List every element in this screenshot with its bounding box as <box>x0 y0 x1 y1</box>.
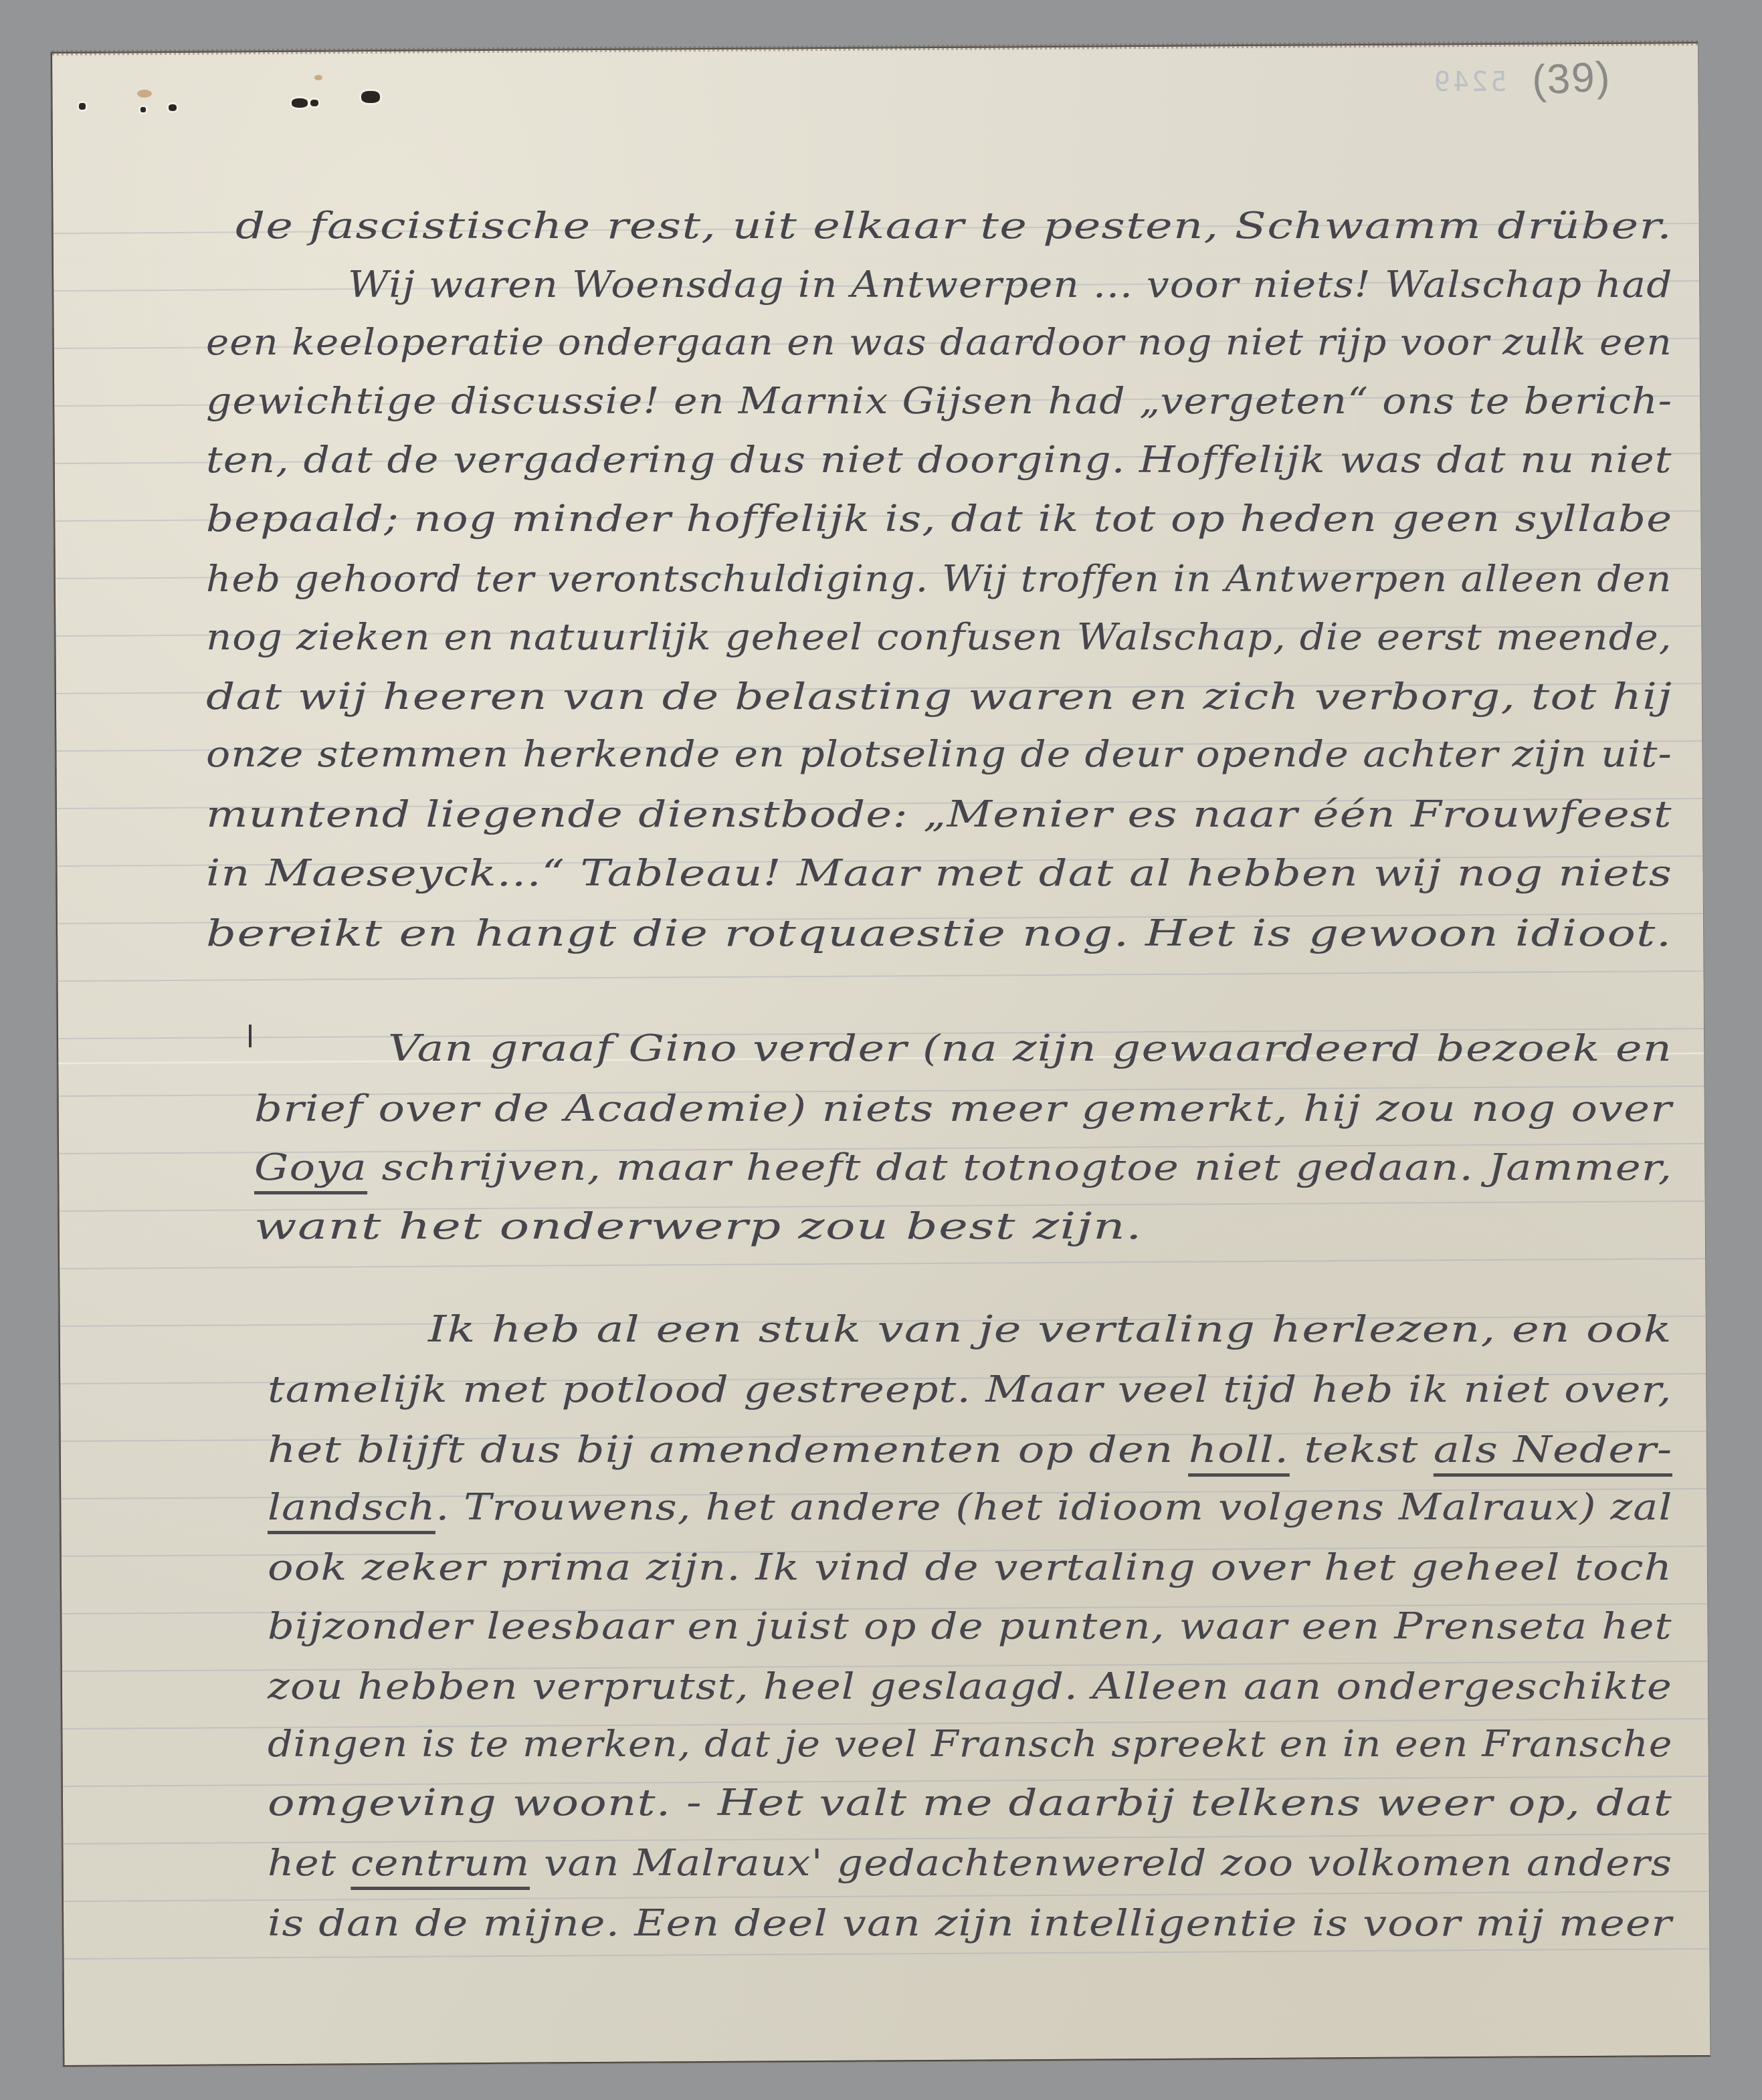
text-line: een keeloperatie ondergaan en was daardo… <box>206 324 1672 360</box>
text-line: brief over de Academie) niets meer gemer… <box>254 1090 1672 1127</box>
paper-hole <box>361 91 380 103</box>
text-line: in Maeseyck...“ Tableau! Maar met dat al… <box>206 855 1672 891</box>
text-line: omgeving woont. - Het valt me daarbij te… <box>268 1784 1672 1821</box>
text-line: heb gehoord ter verontschuldiging. Wij t… <box>206 560 1672 597</box>
text-line: dingen is te merken, dat je veel Fransch… <box>268 1725 1672 1762</box>
paper-hole <box>79 103 86 110</box>
text-line: want het onderwerp zou best zijn. <box>254 1208 1143 1245</box>
text-line: ten, dat de vergadering dus niet doorgin… <box>206 441 1672 478</box>
torn-top-edge <box>52 40 1698 56</box>
text-line: nog zieken en natuurlijk geheel confusen… <box>206 619 1672 655</box>
margin-mark <box>249 1025 252 1047</box>
rust-stain <box>137 90 152 98</box>
text-line: bijzonder leesbaar en juist op de punten… <box>268 1608 1672 1645</box>
text-line: Van graaf Gino verder (na zijn gewaardee… <box>388 1030 1672 1067</box>
ruled-line <box>60 1258 1705 1269</box>
paper-hole <box>292 98 308 108</box>
ruled-line <box>64 1891 1709 1902</box>
paper-hole <box>310 100 318 106</box>
text-line: landsch. Trouwens, het andere (het idioo… <box>268 1489 1673 1526</box>
paper-hole <box>169 104 177 111</box>
text-line: de fascistische rest, uit elkaar te pest… <box>235 207 1672 244</box>
paper-hole <box>140 107 146 112</box>
text-line: tamelijk met potlood gestreept. Maar vee… <box>268 1371 1672 1408</box>
text-line: Ik heb al een stuk van je vertaling herl… <box>428 1311 1672 1348</box>
text-line: Wij waren Woensdag in Antwerpen ... voor… <box>348 266 1672 303</box>
text-line: bepaald; nog minder hoffelijk is, dat ik… <box>206 500 1672 537</box>
text-line: ook zeker prima zijn. Ik vind de vertali… <box>268 1549 1672 1586</box>
text-line: dat wij heeren van de belasting waren en… <box>206 678 1672 715</box>
rust-stain <box>314 75 322 80</box>
folio-number: (39) <box>1531 53 1612 104</box>
ruled-line <box>64 1948 1709 1960</box>
text-line: het blijft dus bij amendementen op den h… <box>268 1431 1672 1468</box>
text-line: muntend liegende dienstbode: „Menier es … <box>206 796 1672 833</box>
text-line: Goya schrijven, maar heeft dat totnogtoe… <box>254 1149 1672 1186</box>
text-line: onze stemmen herkende en plotseling de d… <box>206 736 1672 772</box>
text-line: gewichtige discussie! en Marnix Gijsen h… <box>206 383 1672 419</box>
ruled-line <box>58 970 1703 982</box>
text-line: is dan de mijne. Een deel van zijn intel… <box>268 1905 1672 1941</box>
text-line: bereikt en hangt die rotquaestie nog. He… <box>206 915 1672 952</box>
text-line: zou hebben verprutst, heel geslaagd. All… <box>268 1668 1672 1705</box>
archive-stamp-bleedthrough: 5249 <box>1432 67 1506 98</box>
text-line: het centrum van Malraux' gedachtenwereld… <box>268 1845 1672 1881</box>
